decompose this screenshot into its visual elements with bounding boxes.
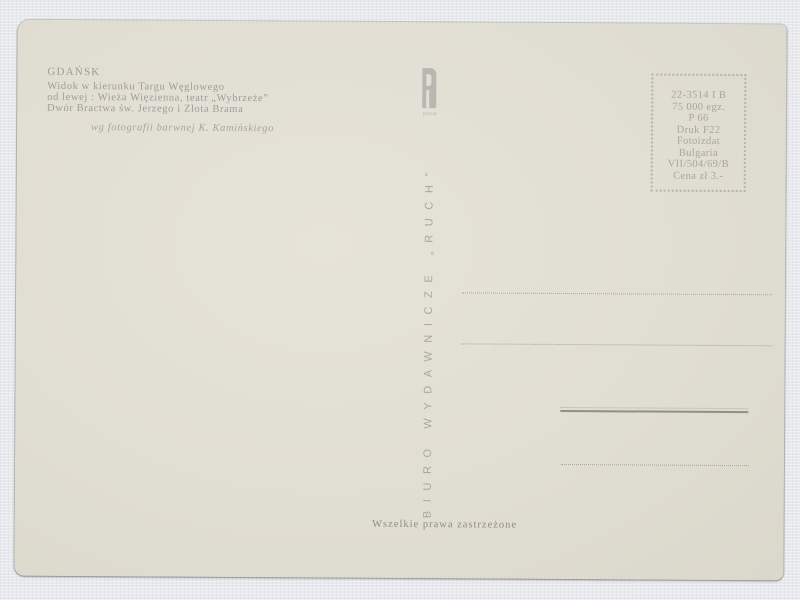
ruch-logo-icon: RUCH [419, 68, 439, 118]
info-line: Fotoizdat [653, 136, 744, 148]
info-line: 75 000 egz. [653, 101, 744, 113]
ruch-r-mark-icon [422, 68, 436, 108]
info-line: 22-3514 I B [653, 90, 744, 102]
address-line-3-underline [560, 410, 748, 413]
caption-city: GDAŃSK [47, 67, 274, 79]
info-line: Bulgaria [653, 147, 744, 159]
photo-caption: GDAŃSK Widok w kierunku Targu Węglowego … [47, 67, 274, 134]
publisher-vertical-text: BIURO WYDAWNICZE „RUCH” [422, 118, 444, 518]
info-line: P 66 [653, 113, 744, 125]
postcard-back: GDAŃSK Widok w kierunku Targu Węglowego … [14, 20, 786, 581]
rights-notice: Wszelkie prawa zastrzeżone [345, 519, 545, 531]
photo-credit: wg fotografii barwnej K. Kamińskiego [47, 122, 274, 134]
info-line: Cena zł 3.- [653, 170, 744, 182]
address-line-2 [462, 343, 772, 346]
address-line-1 [462, 292, 772, 295]
info-line: VII/504/69/B [653, 159, 744, 171]
ruch-logo-word: RUCH [419, 111, 441, 116]
info-line: Druk F22 [653, 124, 744, 136]
print-info-box: 22-3514 I B 75 000 egz. P 66 Druk F22 Fo… [651, 74, 747, 193]
caption-line: Dwór Bractwa św. Jerzego i Złota Brama [47, 103, 274, 115]
address-line-4 [561, 464, 749, 466]
